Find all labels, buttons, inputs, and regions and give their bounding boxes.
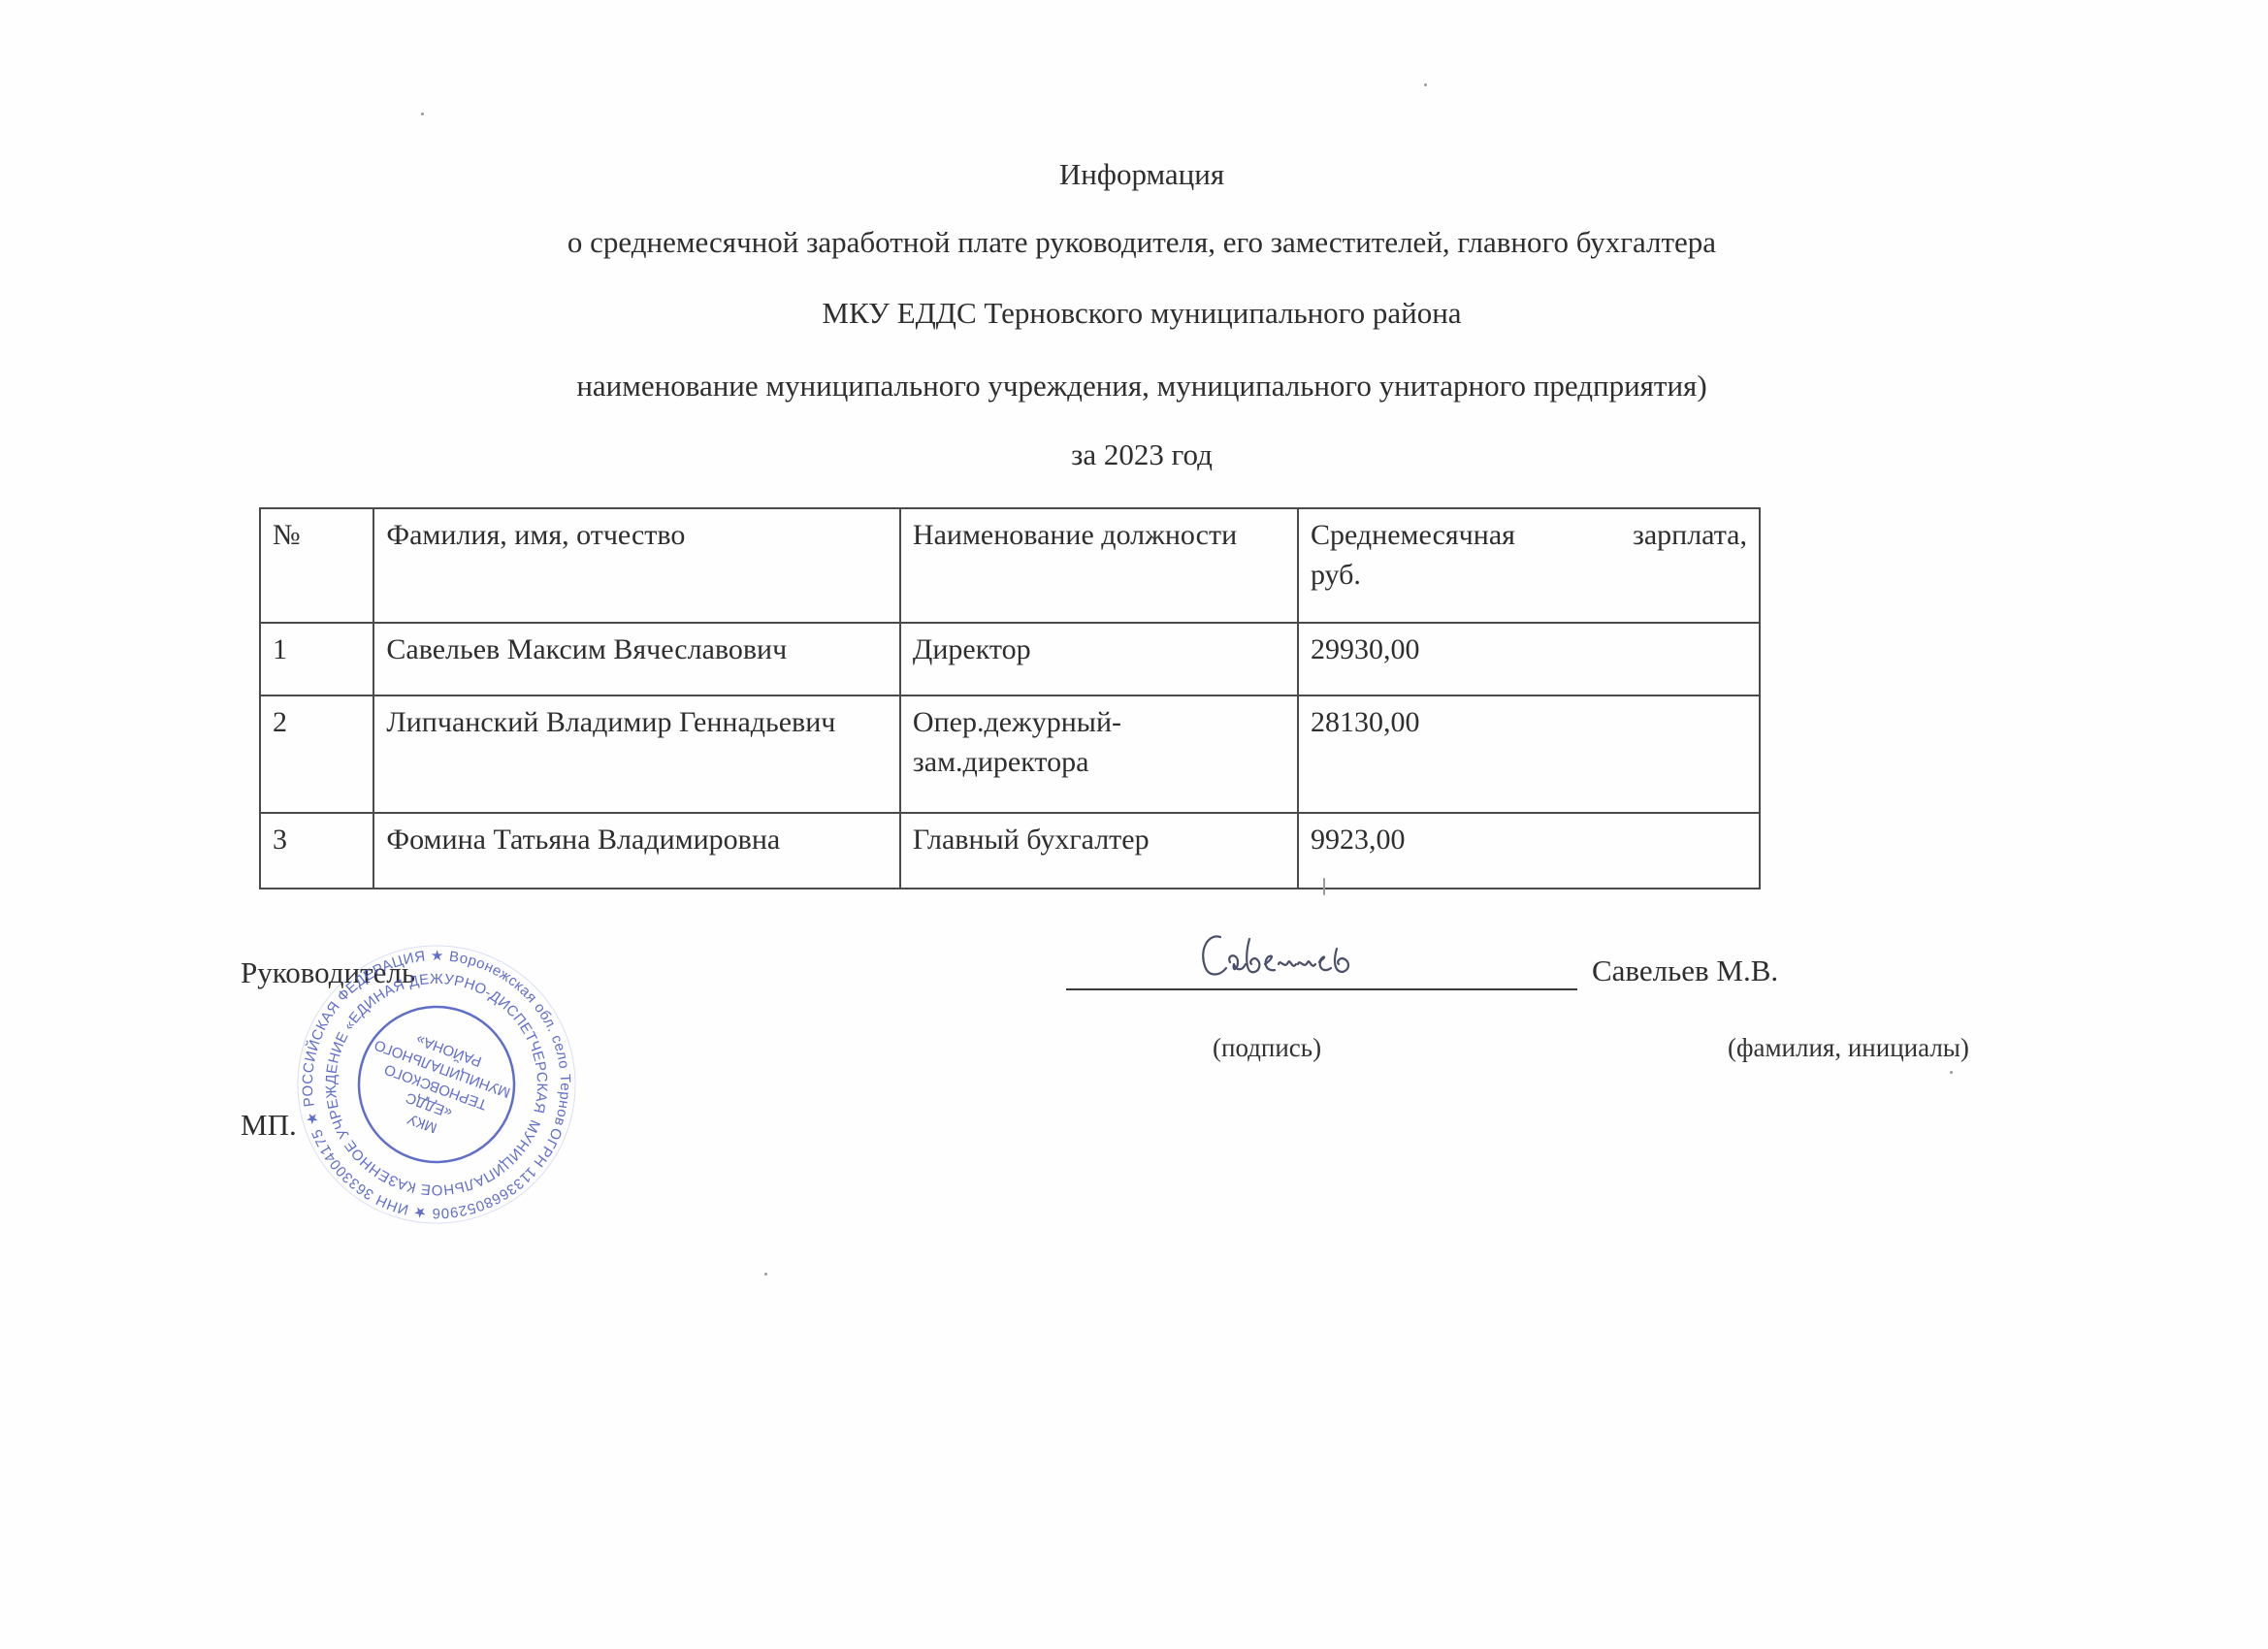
cell-position-line1: Главный бухгалтер bbox=[913, 820, 1285, 859]
cell-position: Главный бухгалтер bbox=[900, 813, 1298, 889]
scan-mark bbox=[1323, 878, 1325, 895]
signature-line bbox=[1066, 988, 1577, 990]
document-title: Информация bbox=[8, 157, 2268, 192]
cell-position-line1: Опер.дежурный- bbox=[913, 702, 1285, 742]
seal-label: МП. bbox=[241, 1108, 297, 1143]
cell-num: 3 bbox=[260, 813, 373, 889]
cell-name: Фомина Татьяна Владимировна bbox=[373, 813, 900, 889]
document-page: Информация о среднемесячной заработной п… bbox=[0, 0, 2268, 1649]
table-row: 3 Фомина Татьяна Владимировна Главный бу… bbox=[260, 813, 1760, 889]
document-subtitle: о среднемесячной заработной плате руково… bbox=[8, 225, 2268, 260]
table-row: 1 Савельев Максим Вячеславович Директор … bbox=[260, 623, 1760, 695]
header-position: Наименование должности bbox=[900, 508, 1298, 623]
cell-num: 1 bbox=[260, 623, 373, 695]
scan-speck bbox=[1424, 83, 1427, 86]
cell-num: 2 bbox=[260, 695, 373, 813]
signature-caption: (подпись) bbox=[1213, 1032, 1321, 1063]
cell-position-line1: Директор bbox=[913, 630, 1285, 669]
header-name: Фамилия, имя, отчество bbox=[373, 508, 900, 623]
header-num: № bbox=[260, 508, 373, 623]
table-header-row: № Фамилия, имя, отчество Наименование до… bbox=[260, 508, 1760, 623]
organization-caption: наименование муниципального учреждения, … bbox=[8, 369, 2268, 404]
header-salary-word2: зарплата, bbox=[1633, 515, 1747, 555]
scan-speck bbox=[764, 1273, 767, 1276]
cell-position: Директор bbox=[900, 623, 1298, 695]
organization-name: МКУ ЕДДС Терновского муниципального райо… bbox=[8, 296, 2268, 331]
cell-name: Савельев Максим Вячеславович bbox=[373, 623, 900, 695]
header-salary-word1: Среднемесячная bbox=[1311, 515, 1515, 555]
cell-salary: 28130,00 bbox=[1298, 695, 1760, 813]
scan-speck bbox=[1950, 1071, 1953, 1074]
cell-position-line2: зам.директора bbox=[913, 742, 1285, 782]
cell-name: Липчанский Владимир Геннадьевич bbox=[373, 695, 900, 813]
report-period: за 2023 год bbox=[8, 437, 2268, 472]
header-salary-unit: руб. bbox=[1311, 555, 1747, 595]
cell-salary: 29930,00 bbox=[1298, 623, 1760, 695]
cell-salary: 9923,00 bbox=[1298, 813, 1760, 889]
salary-table: № Фамилия, имя, отчество Наименование до… bbox=[259, 507, 1761, 889]
header-salary: Среднемесячная зарплата, руб. bbox=[1298, 508, 1760, 623]
handwritten-signature bbox=[1191, 920, 1424, 987]
name-caption: (фамилия, инициалы) bbox=[1728, 1032, 1969, 1063]
table-row: 2 Липчанский Владимир Геннадьевич Опер.д… bbox=[260, 695, 1760, 813]
official-stamp: ОГРН 1133668052906 ★ ИНН 3633004175 ★ РО… bbox=[291, 939, 582, 1230]
cell-position: Опер.дежурный- зам.директора bbox=[900, 695, 1298, 813]
signer-name: Савельев М.В. bbox=[1592, 954, 1778, 988]
scan-speck bbox=[421, 113, 424, 115]
